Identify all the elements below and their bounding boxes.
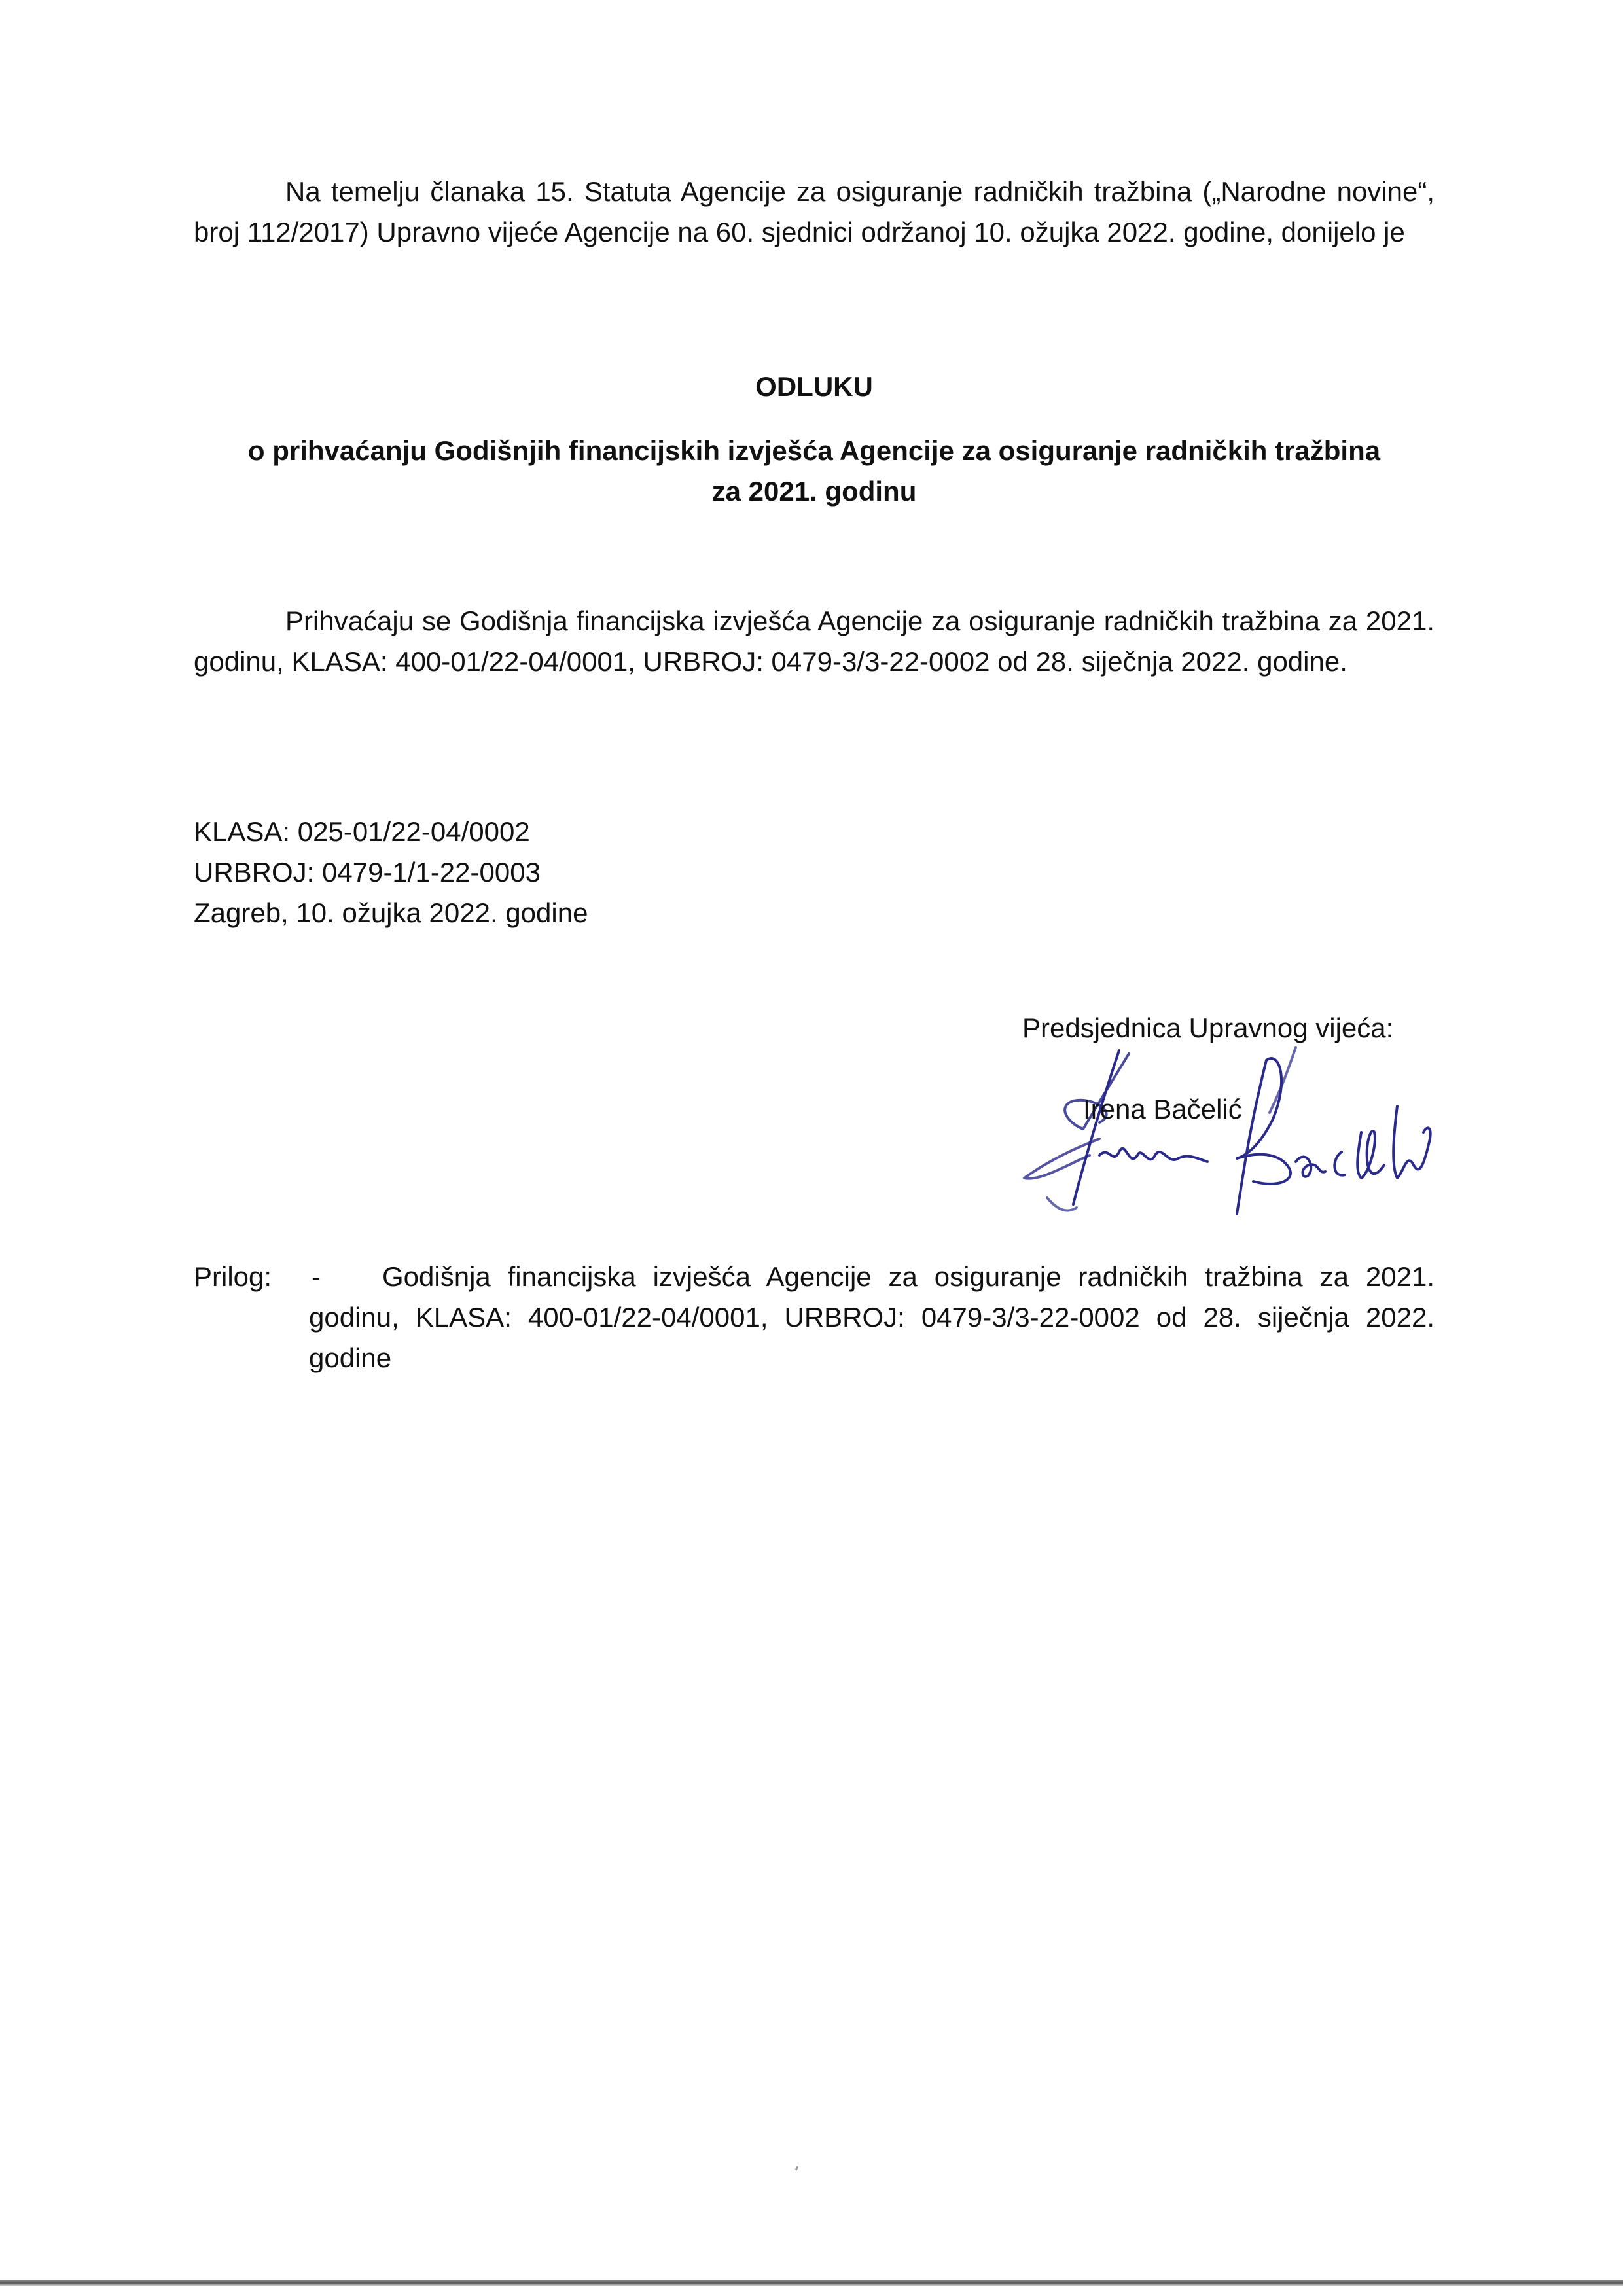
document-page: Na temelju članaka 15. Statuta Agencije …	[0, 0, 1623, 2296]
attachment-text: Godišnja financijska izvješća Agencije z…	[309, 1257, 1435, 1378]
document-metadata: KLASA: 025-01/22-04/0002 URBROJ: 0479-1/…	[194, 812, 588, 933]
decision-subtitle-line1: o prihvaćanju Godišnjih financijskih izv…	[194, 431, 1435, 471]
page-bottom-edge	[0, 2280, 1623, 2286]
preamble-paragraph: Na temelju članaka 15. Statuta Agencije …	[194, 171, 1435, 253]
klasa-number: KLASA: 025-01/22-04/0002	[194, 812, 588, 852]
scan-speck	[795, 2166, 798, 2171]
place-and-date: Zagreb, 10. ožujka 2022. godine	[194, 893, 588, 933]
attachment-label: Prilog:	[194, 1257, 272, 1297]
decision-title: ODLUKU	[194, 367, 1435, 407]
signer-name: Irena Bačelić	[1083, 1089, 1242, 1130]
handwritten-signature	[1021, 1041, 1518, 1224]
urbroj-number: URBROJ: 0479-1/1-22-0003	[194, 852, 588, 893]
decision-body-paragraph: Prihvaćaju se Godišnja financijska izvje…	[194, 601, 1435, 682]
decision-subtitle-line2: za 2021. godinu	[194, 471, 1435, 512]
